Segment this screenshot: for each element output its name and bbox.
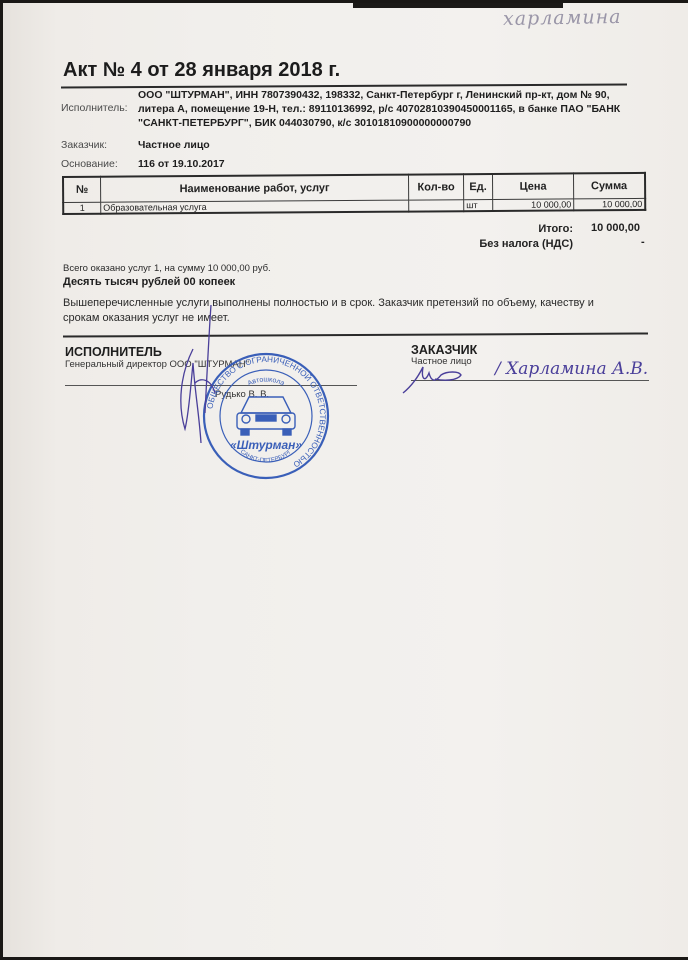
services-table: № Наименование работ, услуг Кол-во Ед. Ц… — [62, 172, 646, 215]
basis-value: 116 от 19.10.2017 — [138, 158, 225, 170]
amount-in-words: Десять тысяч рублей 00 копеек — [63, 276, 235, 288]
col-unit: Ед. — [463, 174, 492, 200]
col-name: Наименование работ, услуг — [101, 175, 409, 203]
acceptance-statement: Вышеперечисленные услуги выполнены полно… — [63, 296, 623, 326]
col-price: Цена — [492, 173, 573, 199]
cell-price: 10 000,00 — [493, 199, 574, 211]
cell-qty — [409, 200, 464, 212]
executor-heading: ИСПОЛНИТЕЛЬ — [65, 345, 162, 359]
vat-label: Без налога (НДС) — [443, 238, 573, 250]
executor-label: Исполнитель: — [61, 102, 128, 114]
col-qty: Кол-во — [408, 174, 463, 200]
cell-unit: шт — [464, 199, 493, 211]
customer-handwritten-name: / Харламина А.В. — [495, 359, 648, 379]
customer-signature-icon — [399, 361, 469, 397]
document-page: харламина Акт № 4 от 28 января 2018 г. И… — [3, 3, 688, 957]
executor-signature-icon — [171, 303, 231, 453]
summary-line: Всего оказано услуг 1, на сумму 10 000,0… — [63, 263, 271, 274]
basis-label: Основание: — [61, 158, 118, 170]
col-sum: Сумма — [573, 173, 645, 199]
cell-number: 1 — [63, 202, 101, 214]
cell-name: Образовательная услуга — [101, 200, 409, 214]
col-number: № — [63, 177, 101, 203]
vat-value: - — [641, 236, 645, 248]
customer-value: Частное лицо — [138, 139, 210, 151]
document-title: Акт № 4 от 28 января 2018 г. — [63, 59, 340, 82]
customer-heading: ЗАКАЗЧИК — [411, 343, 477, 357]
handwritten-note: харламина — [503, 6, 622, 30]
statement-rule — [63, 332, 648, 337]
svg-text:Автошкола: Автошкола — [247, 376, 286, 387]
cell-sum: 10 000,00 — [574, 198, 646, 210]
svg-text:«Штурман»: «Штурман» — [230, 438, 302, 452]
customer-label: Заказчик: — [61, 139, 107, 151]
executor-details: ООО "ШТУРМАН", ИНН 7807390432, 198332, С… — [138, 88, 628, 130]
total-value: 10 000,00 — [591, 222, 640, 234]
total-label: Итого: — [473, 223, 573, 235]
